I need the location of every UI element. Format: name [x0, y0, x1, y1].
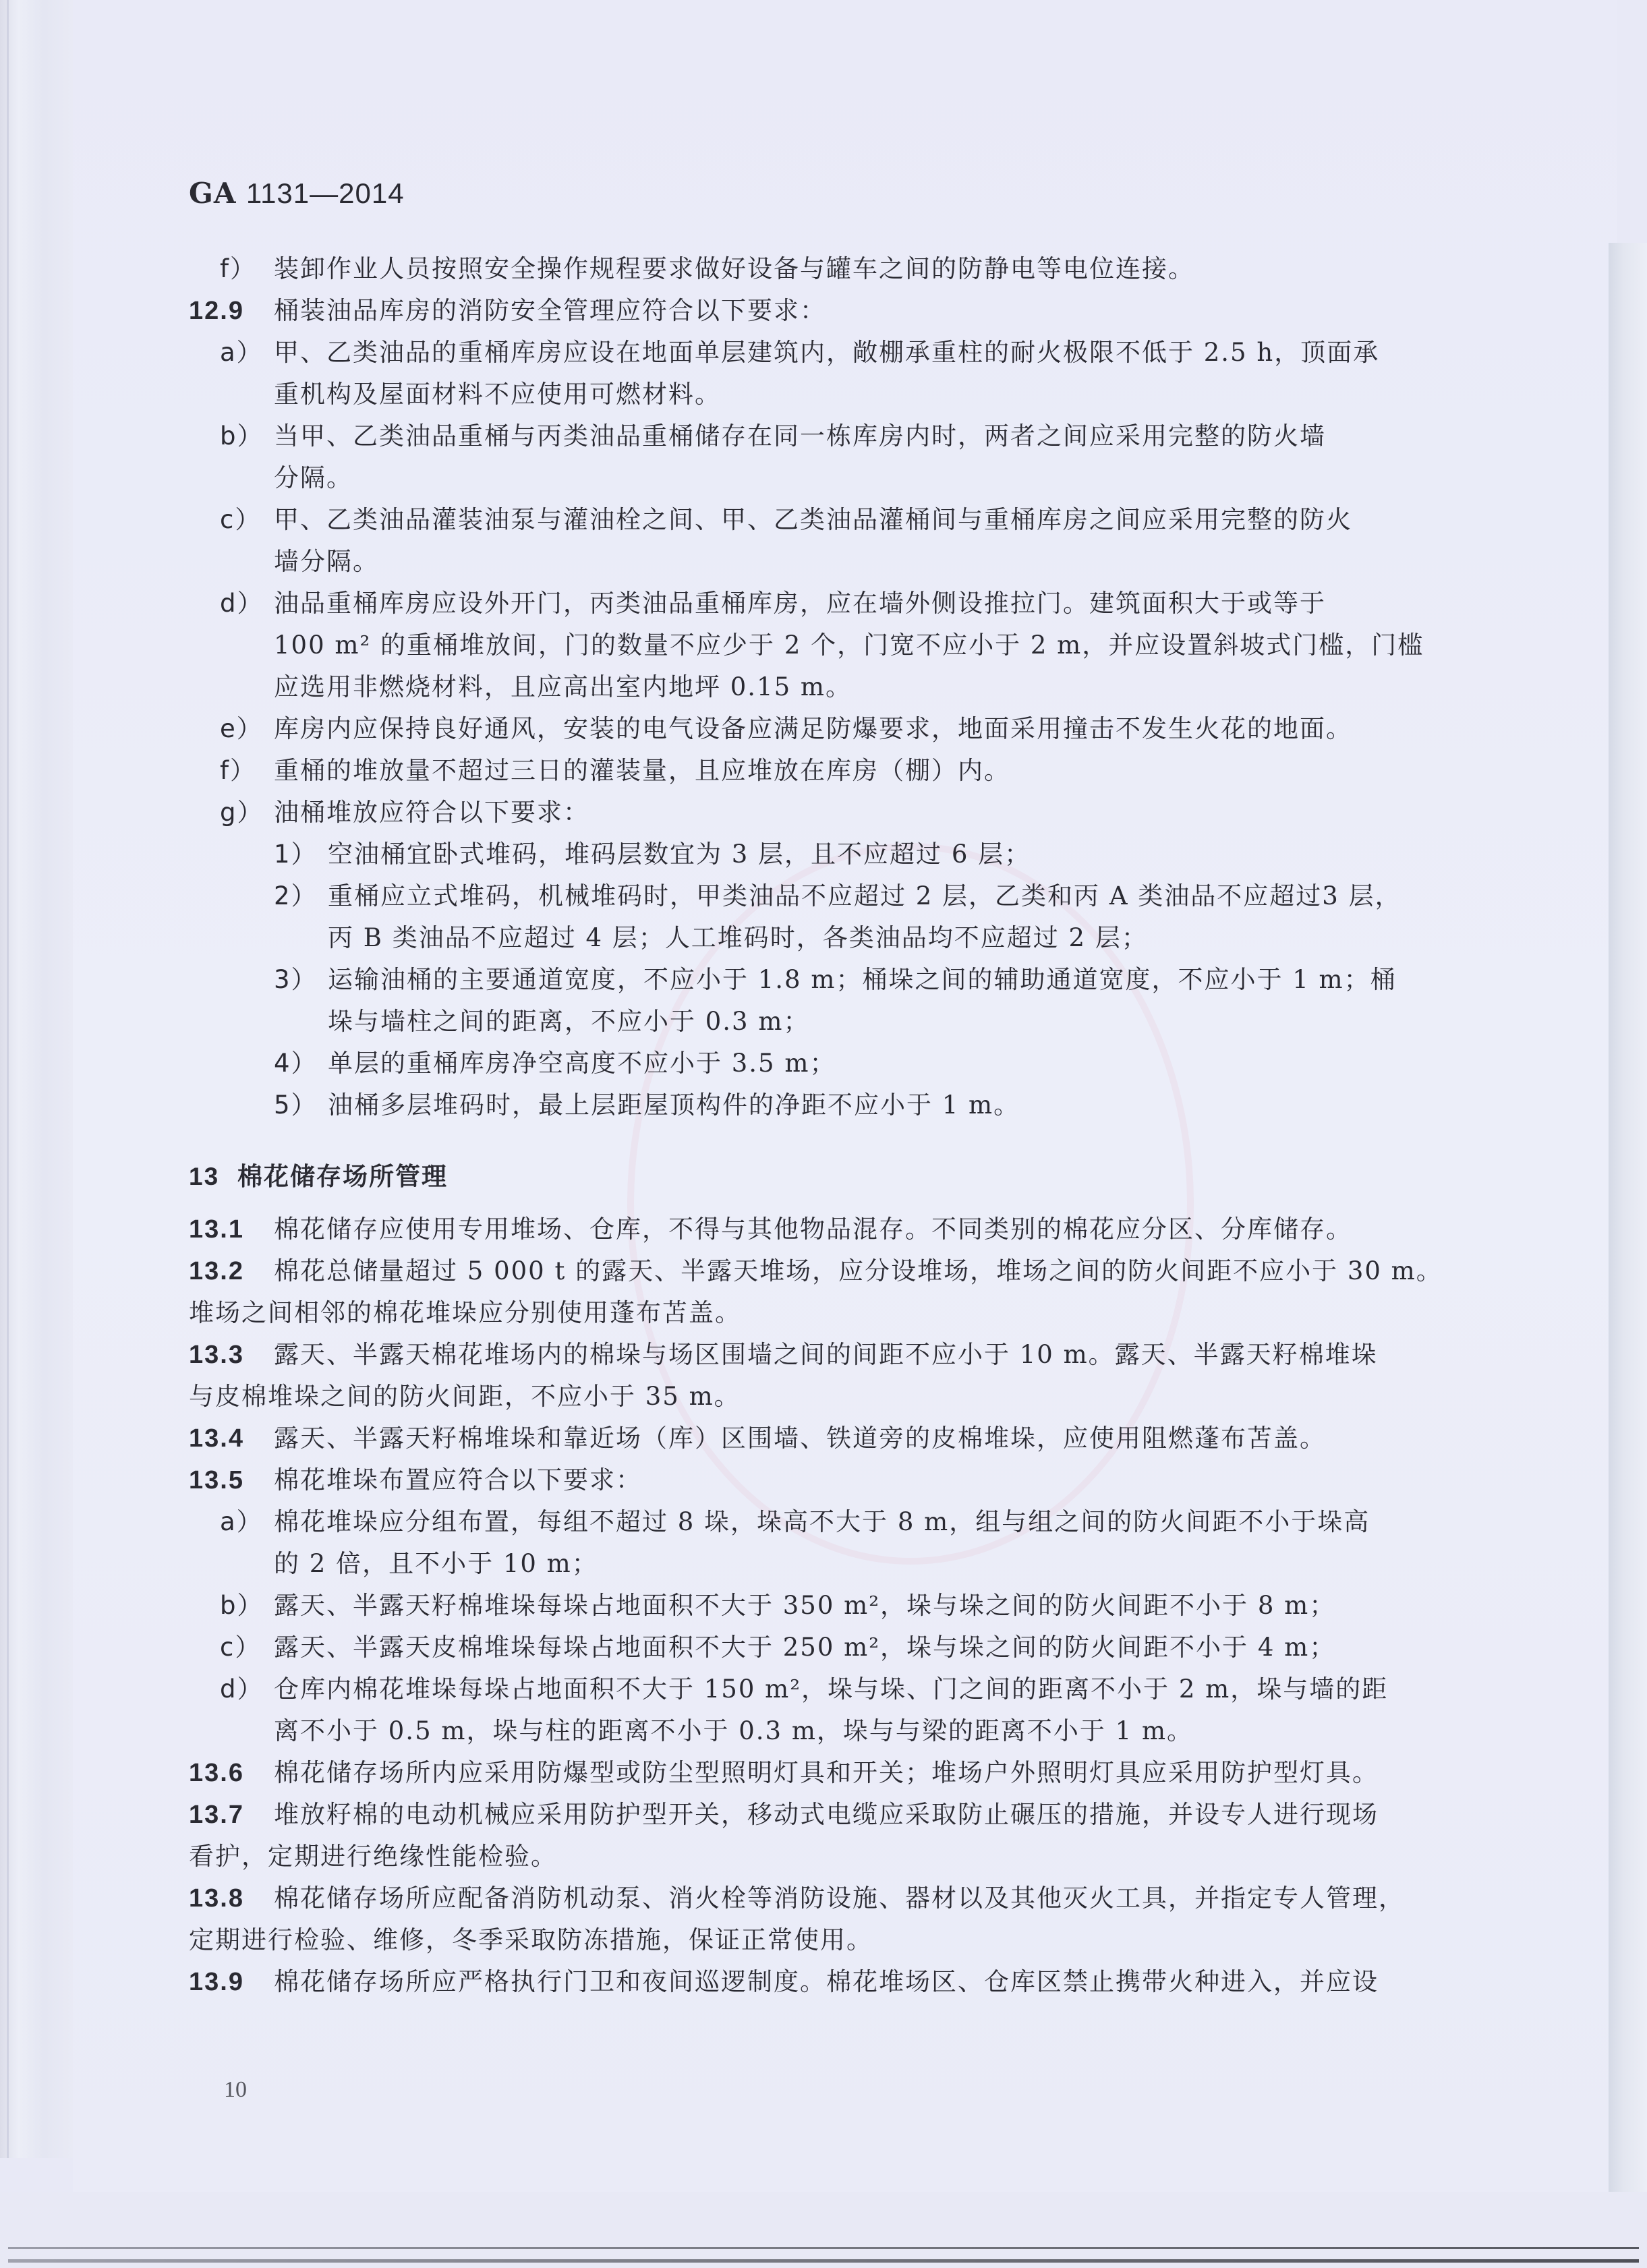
line-text: 棉花储存应使用专用堆场、仓库，不得与其他物品混存。不同类别的棉花应分区、分库储存… [274, 1209, 1352, 1250]
item-label: 13.7 [189, 1794, 244, 1836]
item-label: 13.9 [189, 1961, 244, 2003]
clause: 13.1棉花储存应使用专用堆场、仓库，不得与其他物品混存。不同类别的棉花应分区、… [189, 1209, 1477, 1250]
list-item: c）露天、半露天皮棉堆垛每垛占地面积不大于 250 m²，垛与垛之间的防火间距不… [189, 1627, 1477, 1668]
line-text: 甲、乙类油品灌装油泵与灌油栓之间、甲、乙类油品灌桶间与重桶库房之间应采用完整的防… [274, 499, 1352, 541]
line-text: 墙分隔。 [274, 541, 379, 583]
clause: 13.8棉花储存场所应配备消防机动泵、消火栓等消防设施、器材以及其他灭火工具，并… [189, 1878, 1477, 1919]
item-label: c） [220, 499, 261, 541]
item-label: 4） [274, 1043, 318, 1084]
list-item-continuation: 100 m² 的重桶堆放间，门的数量不应少于 2 个，门宽不应小于 2 m，并应… [189, 624, 1477, 666]
page-number: 10 [224, 2077, 247, 2103]
list-item-continuation: 离不小于 0.5 m，垛与柱的距离不小于 0.3 m，垛与与梁的距离不小于 1 … [189, 1710, 1477, 1752]
sub-list-item: 3）运输油桶的主要通道宽度，不应小于 1.8 m；桶垛之间的辅助通道宽度，不应小… [189, 959, 1477, 1001]
line-text: 露天、半露天籽棉堆垛和靠近场（库）区围墙、铁道旁的皮棉堆垛，应使用阻燃蓬布苫盖。 [274, 1418, 1326, 1459]
book-spine [0, 0, 74, 2158]
item-label: 13.6 [189, 1752, 244, 1794]
item-label: b） [220, 1585, 264, 1627]
clause: 12.9桶装油品库房的消防安全管理应符合以下要求： [189, 290, 1477, 332]
item-label: 13.5 [189, 1459, 244, 1501]
item-label: 13.3 [189, 1334, 244, 1376]
list-item: f）装卸作业人员按照安全操作规程要求做好设备与罐车之间的防静电等电位连接。 [189, 248, 1477, 290]
line-text: 堆放籽棉的电动机械应采用防护型开关，移动式电缆应采取防止碾压的措施，并设专人进行… [274, 1794, 1379, 1836]
item-label: d） [220, 1668, 264, 1710]
item-label: 13.8 [189, 1878, 244, 1919]
line-text: 库房内应保持良好通风，安装的电气设备应满足防爆要求，地面采用撞击不发生火花的地面… [274, 708, 1352, 750]
clause: 13.7堆放籽棉的电动机械应采用防护型开关，移动式电缆应采取防止碾压的措施，并设… [189, 1794, 1477, 1836]
line-text: 重机构及屋面材料不应使用可燃材料。 [274, 374, 721, 415]
line-text: 堆场之间相邻的棉花堆垛应分别使用蓬布苫盖。 [189, 1292, 741, 1334]
clause-continuation: 堆场之间相邻的棉花堆垛应分别使用蓬布苫盖。 [189, 1292, 1477, 1334]
sub-list-item-continuation: 丙 B 类油品不应超过 4 层；人工堆码时，各类油品均不应超过 2 层； [189, 917, 1477, 959]
item-label: 2） [274, 875, 318, 917]
sub-list-item: 2）重桶应立式堆码，机械堆码时，甲类油品不应超过 2 层，乙类和丙 A 类油品不… [189, 875, 1477, 917]
list-item: f）重桶的堆放量不超过三日的灌装量，且应堆放在库房（棚）内。 [189, 750, 1477, 792]
list-item: e）库房内应保持良好通风，安装的电气设备应满足防爆要求，地面采用撞击不发生火花的… [189, 708, 1477, 750]
line-text: 当甲、乙类油品重桶与丙类油品重桶储存在同一栋库房内时，两者之间应采用完整的防火墙 [274, 415, 1326, 457]
sub-list-item-continuation: 垛与墙柱之间的距离，不应小于 0.3 m； [189, 1001, 1477, 1043]
item-label: 3） [274, 959, 318, 1001]
item-label: 13.2 [189, 1250, 244, 1292]
line-text: 棉花总储量超过 5 000 t 的露天、半露天堆场，应分设堆场，堆场之间的防火间… [274, 1250, 1443, 1292]
clause-continuation: 定期进行检验、维修，冬季采取防冻措施，保证正常使用。 [189, 1919, 1477, 1961]
item-label: e） [220, 708, 263, 750]
line-text: 应选用非燃烧材料，且应高出室内地坪 0.15 m。 [274, 666, 852, 708]
line-text: 桶装油品库房的消防安全管理应符合以下要求： [274, 290, 826, 332]
line-text: 分隔。 [274, 457, 353, 499]
item-label: f） [220, 750, 256, 792]
stacked-page-edges [0, 2192, 1647, 2268]
list-item: d）油品重桶库房应设外开门，丙类油品重桶库房，应在墙外侧设推拉门。建筑面积大于或… [189, 583, 1477, 624]
line-text: 与皮棉堆垛之间的防火间距，不应小于 35 m。 [189, 1376, 741, 1418]
list-item-continuation: 分隔。 [189, 457, 1477, 499]
clause: 13.6棉花储存场所内应采用防爆型或防尘型照明灯具和开关；堆场户外照明灯具应采用… [189, 1752, 1477, 1794]
line-text: 100 m² 的重桶堆放间，门的数量不应少于 2 个，门宽不应小于 2 m，并应… [274, 624, 1424, 666]
clause: 13.9棉花储存场所应严格执行门卫和夜间巡逻制度。棉花堆场区、仓库区禁止携带火种… [189, 1961, 1477, 2003]
line-text: 油桶堆放应符合以下要求： [274, 792, 589, 834]
line-text: 垛与墙柱之间的距离，不应小于 0.3 m； [328, 1001, 809, 1043]
line-text: 露天、半露天皮棉堆垛每垛占地面积不大于 250 m²，垛与垛之间的防火间距不小于… [274, 1627, 1335, 1668]
line-text: 棉花堆垛布置应符合以下要求： [274, 1459, 642, 1501]
list-item: g）油桶堆放应符合以下要求： [189, 792, 1477, 834]
line-text: 丙 B 类油品不应超过 4 层；人工堆码时，各类油品均不应超过 2 层； [328, 917, 1148, 959]
list-item-continuation: 墙分隔。 [189, 541, 1477, 583]
line-text: 的 2 倍，且不小于 10 m； [274, 1543, 598, 1585]
list-item: a）棉花堆垛应分组布置，每组不超过 8 垛，垛高不大于 8 m，组与组之间的防火… [189, 1501, 1477, 1543]
line-text: 仓库内棉花堆垛每垛占地面积不大于 150 m²，垛与垛、门之间的距离不小于 2 … [274, 1668, 1388, 1710]
document-body: f）装卸作业人员按照安全操作规程要求做好设备与罐车之间的防静电等电位连接。12.… [189, 248, 1477, 2003]
clause: 13.5棉花堆垛布置应符合以下要求： [189, 1459, 1477, 1501]
line-text: 看护，定期进行绝缘性能检验。 [189, 1836, 557, 1878]
item-label: 1） [274, 834, 318, 875]
chapter-heading: 13棉花储存场所管理 [189, 1126, 1477, 1194]
item-label: g） [220, 792, 264, 834]
sub-list-item: 1）空油桶宜卧式堆码，堆码层数宜为 3 层，且不应超过 6 层； [189, 834, 1477, 875]
item-label: c） [220, 1627, 261, 1668]
line-text: 油品重桶库房应设外开门，丙类油品重桶库房，应在墙外侧设推拉门。建筑面积大于或等于 [274, 583, 1326, 624]
line-text: 运输油桶的主要通道宽度，不应小于 1.8 m；桶垛之间的辅助通道宽度，不应小于 … [328, 959, 1397, 1001]
clause: 13.4露天、半露天籽棉堆垛和靠近场（库）区围墙、铁道旁的皮棉堆垛，应使用阻燃蓬… [189, 1418, 1477, 1459]
line-text: 甲、乙类油品的重桶库房应设在地面单层建筑内，敞棚承重柱的耐火极限不低于 2.5 … [274, 332, 1379, 374]
line-text: 棉花储存场所应配备消防机动泵、消火栓等消防设施、器材以及其他灭火工具，并指定专人… [274, 1878, 1405, 1919]
line-text: 油桶多层堆码时，最上层距屋顶构件的净距不应小于 1 m。 [328, 1084, 1020, 1126]
item-label: 13.4 [189, 1418, 244, 1459]
list-item: d）仓库内棉花堆垛每垛占地面积不大于 150 m²，垛与垛、门之间的距离不小于 … [189, 1668, 1477, 1710]
clause-continuation: 看护，定期进行绝缘性能检验。 [189, 1836, 1477, 1878]
line-text: 空油桶宜卧式堆码，堆码层数宜为 3 层，且不应超过 6 层； [328, 834, 1031, 875]
line-text: 单层的重桶库房净空高度不应小于 3.5 m； [328, 1043, 836, 1084]
item-label: a） [220, 1501, 263, 1543]
item-label: d） [220, 583, 264, 624]
line-text: 露天、半露天籽棉堆垛每垛占地面积不大于 350 m²，垛与垛之间的防火间距不小于… [274, 1585, 1335, 1627]
page-edge [1609, 243, 1647, 2199]
clause: 13.3露天、半露天棉花堆场内的棉垛与场区围墙之间的间距不应小于 10 m。露天… [189, 1334, 1477, 1376]
list-item: b）露天、半露天籽棉堆垛每垛占地面积不大于 350 m²，垛与垛之间的防火间距不… [189, 1585, 1477, 1627]
line-text: 棉花堆垛应分组布置，每组不超过 8 垛，垛高不大于 8 m，组与组之间的防火间距… [274, 1501, 1370, 1543]
line-text: 棉花储存场所内应采用防爆型或防尘型照明灯具和开关；堆场户外照明灯具应采用防护型灯… [274, 1752, 1379, 1794]
sub-list-item: 4）单层的重桶库房净空高度不应小于 3.5 m； [189, 1043, 1477, 1084]
list-item-continuation: 重机构及屋面材料不应使用可燃材料。 [189, 374, 1477, 415]
page-edge-line [8, 2259, 1639, 2263]
line-text: 重桶的堆放量不超过三日的灌装量，且应堆放在库房（棚）内。 [274, 750, 1010, 792]
line-text: 装卸作业人员按照安全操作规程要求做好设备与罐车之间的防静电等电位连接。 [274, 248, 1194, 290]
standard-number-header: GA 1131—2014 [189, 177, 405, 210]
line-text: 重桶应立式堆码，机械堆码时，甲类油品不应超过 2 层，乙类和丙 A 类油品不应超… [328, 875, 1402, 917]
item-label: f） [220, 248, 256, 290]
list-item: a）甲、乙类油品的重桶库房应设在地面单层建筑内，敞棚承重柱的耐火极限不低于 2.… [189, 332, 1477, 374]
list-item-continuation: 应选用非燃烧材料，且应高出室内地坪 0.15 m。 [189, 666, 1477, 708]
item-label: a） [220, 332, 263, 374]
standard-code: 1131—2014 [246, 177, 405, 209]
item-label: b） [220, 415, 264, 457]
list-item-continuation: 的 2 倍，且不小于 10 m； [189, 1543, 1477, 1585]
line-text: 露天、半露天棉花堆场内的棉垛与场区围墙之间的间距不应小于 10 m。露天、半露天… [274, 1334, 1378, 1376]
clause-continuation: 与皮棉堆垛之间的防火间距，不应小于 35 m。 [189, 1376, 1477, 1418]
item-label: 5） [274, 1084, 318, 1126]
standard-prefix: GA [189, 177, 236, 210]
item-label: 13.1 [189, 1209, 244, 1250]
list-item: b）当甲、乙类油品重桶与丙类油品重桶储存在同一栋库房内时，两者之间应采用完整的防… [189, 415, 1477, 457]
page-edge-line [8, 2247, 1639, 2249]
item-label: 12.9 [189, 290, 244, 332]
list-item: c）甲、乙类油品灌装油泵与灌油栓之间、甲、乙类油品灌桶间与重桶库房之间应采用完整… [189, 499, 1477, 541]
line-text: 定期进行检验、维修，冬季采取防冻措施，保证正常使用。 [189, 1919, 873, 1961]
line-text: 离不小于 0.5 m，垛与柱的距离不小于 0.3 m，垛与与梁的距离不小于 1 … [274, 1710, 1193, 1752]
line-text: 棉花储存场所应严格执行门卫和夜间巡逻制度。棉花堆场区、仓库区禁止携带火种进入，并… [274, 1961, 1379, 2003]
clause: 13.2棉花总储量超过 5 000 t 的露天、半露天堆场，应分设堆场，堆场之间… [189, 1250, 1477, 1292]
sub-list-item: 5）油桶多层堆码时，最上层距屋顶构件的净距不应小于 1 m。 [189, 1084, 1477, 1126]
